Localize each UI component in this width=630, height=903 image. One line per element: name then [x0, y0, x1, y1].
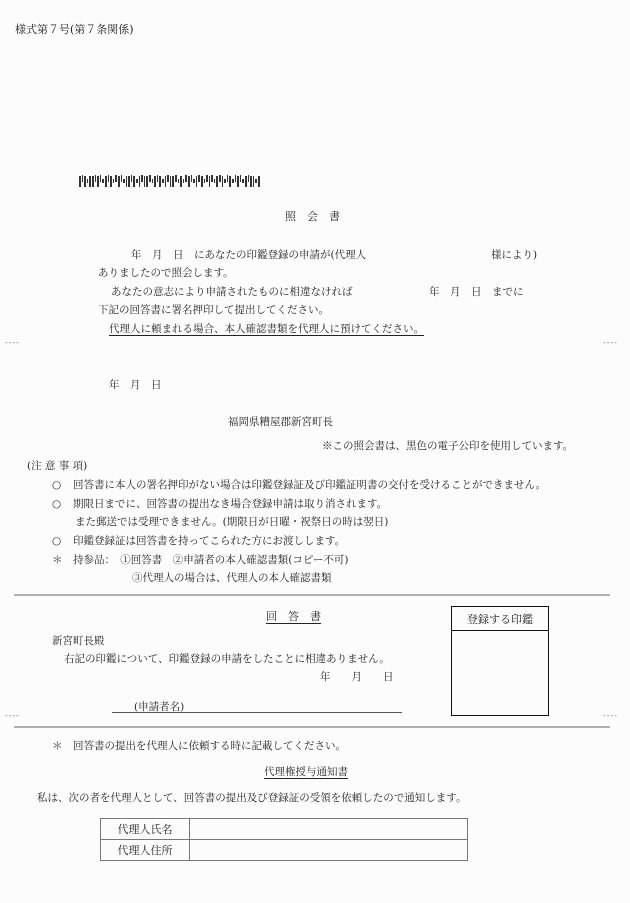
reply-title: 回 答 書 — [266, 611, 321, 622]
barcode-bar — [216, 176, 218, 187]
note-item: 印鑑登録証は回答書を持ってこられた方にお渡しします。 — [73, 536, 345, 547]
barcode-bar — [229, 176, 231, 187]
barcode-bar — [126, 176, 128, 187]
barcode-bar — [162, 179, 164, 183]
barcode-bar — [108, 175, 110, 182]
barcode-bar — [227, 175, 229, 182]
seal-box-label: 登録する印鑑 — [452, 607, 548, 631]
inquiry-line1-suffix: 様により) — [491, 250, 537, 261]
note-bullet: ○ — [52, 499, 61, 510]
barcode-bar — [97, 176, 99, 187]
barcode-bar — [188, 176, 190, 187]
notes-heading: (注 意 事 項) — [27, 461, 87, 472]
note-item: 持参品： ①回答書 ②申請者の本人確認書類(コピー不可) — [73, 555, 349, 566]
applicant-name-label: (申請者名) — [134, 702, 184, 713]
barcode-bar — [258, 176, 260, 187]
barcode-bar — [214, 179, 216, 183]
barcode-bar — [100, 175, 102, 182]
barcode-bar — [167, 175, 169, 182]
applicant-signature-line[interactable] — [112, 712, 402, 713]
barcode-bar — [242, 179, 244, 183]
proxy-name-field[interactable] — [190, 819, 468, 840]
proxy-address-field[interactable] — [190, 840, 468, 861]
barcode-bar — [245, 176, 247, 187]
note-bullet: ＊ — [52, 555, 63, 566]
barcode-bar — [139, 176, 141, 187]
barcode-bar — [237, 176, 239, 187]
reply-date: 年 月 日 — [320, 672, 394, 683]
barcode-bar — [198, 175, 200, 182]
barcode-bar — [133, 176, 135, 187]
table-row: 代理人氏名 — [101, 819, 468, 840]
barcode-bar — [219, 175, 221, 182]
barcode-bar — [110, 176, 112, 187]
barcode-bar — [206, 175, 208, 182]
proxy-table: 代理人氏名 代理人住所 — [100, 818, 468, 861]
barcode-bar — [128, 176, 130, 187]
section-divider — [14, 594, 610, 596]
inquiry-line3: あなたの意志により申請されたものに相違なければ — [111, 287, 353, 298]
barcode-bar — [149, 175, 151, 182]
barcode-bar — [178, 179, 180, 183]
barcode-bar — [115, 175, 117, 182]
barcode-bar — [204, 179, 206, 183]
reply-addressee: 新宮町長殿 — [52, 636, 105, 647]
deadline-date: 年 月 日 までに — [429, 287, 524, 298]
barcode-bar — [196, 176, 198, 187]
issue-date: 年 月 日 — [109, 380, 162, 391]
cut-mark-left-2: ---- — [5, 711, 20, 720]
seal-box[interactable]: 登録する印鑑 — [451, 606, 549, 716]
note-item: 期限日までに、回答書の提出なき場合登録申請は取り消されます。 — [73, 499, 387, 510]
barcode-bar — [185, 175, 187, 182]
barcode-bar — [201, 176, 203, 187]
barcode-bar — [123, 179, 125, 183]
barcode-bar — [144, 176, 146, 187]
proxy-address-label: 代理人住所 — [101, 840, 190, 861]
form-number: 様式第７号(第７条関係) — [15, 24, 134, 35]
note-bullet: ○ — [52, 536, 61, 547]
barcode-bar — [79, 176, 81, 187]
proxy-instruction: 代理人に頼まれる場合、本人確認書類を代理人に預けてください。 — [109, 324, 424, 335]
barcode-bar — [209, 176, 211, 187]
barcode-bar — [113, 179, 115, 183]
inquiry-line2: ありましたので照会します。 — [98, 268, 234, 279]
barcode-bar — [191, 175, 193, 182]
barcode-bar — [250, 176, 252, 187]
barcode-bar — [240, 175, 242, 182]
proxy-note-bullet: ＊ — [52, 741, 63, 752]
barcode-bar — [165, 176, 167, 187]
barcode-bar — [89, 176, 91, 187]
section-divider — [14, 726, 610, 728]
barcode-bar — [248, 175, 250, 182]
inquiry-title: 照 会 書 — [285, 211, 340, 222]
barcode-bar — [121, 175, 123, 182]
proxy-statement: 私は、次の者を代理人として、回答書の提出及び登録証の受領を依頼したので通知します… — [37, 793, 466, 804]
customer-barcode — [79, 175, 260, 187]
proxy-name-label: 代理人氏名 — [101, 819, 190, 840]
note-item: 回答書に本人の署名押印がない場合は印鑑登録証及び印鑑証明書の交付を受けることがで… — [73, 480, 546, 491]
cut-mark-right-2: ---- — [603, 711, 618, 720]
inquiry-line4: 下記の回答書に署名押印して提出してください。 — [98, 305, 329, 316]
barcode-bar — [193, 179, 195, 183]
barcode-bar — [211, 175, 213, 182]
barcode-bar — [159, 176, 161, 187]
barcode-bar — [222, 176, 224, 187]
barcode-bar — [82, 175, 84, 182]
barcode-bar — [95, 175, 97, 182]
barcode-bar — [141, 175, 143, 182]
barcode-bar — [84, 176, 86, 187]
cut-mark-right-1: ---- — [603, 338, 618, 347]
barcode-bar — [253, 176, 255, 187]
barcode-bar — [92, 176, 94, 187]
barcode-bar — [152, 179, 154, 183]
barcode-bar — [87, 179, 89, 183]
note-bullet: ○ — [52, 480, 61, 491]
barcode-bar — [157, 175, 159, 182]
barcode-bar — [136, 179, 138, 183]
barcode-bar — [224, 179, 226, 183]
cut-mark-left-1: ---- — [5, 338, 20, 347]
inquiry-line1: 年 月 日 にあなたの印鑑登録の申請が(代理人 — [131, 250, 366, 261]
reply-statement: 右記の印鑑について、印鑑登録の申請をしたことに相違ありません。 — [64, 654, 390, 665]
barcode-bar — [255, 179, 257, 183]
proxy-note: 回答書の提出を代理人に依頼する時に記載してください。 — [73, 741, 346, 752]
barcode-bar — [183, 179, 185, 183]
barcode-bar — [175, 175, 177, 182]
proxy-title: 代理権授与通知書 — [264, 767, 348, 778]
barcode-bar — [170, 176, 172, 187]
seal-note: ※この照会書は、黒色の電子公印を使用しています。 — [322, 441, 573, 452]
barcode-bar — [102, 179, 104, 183]
barcode-bar — [172, 176, 174, 187]
table-row: 代理人住所 — [101, 840, 468, 861]
barcode-bar — [154, 176, 156, 187]
barcode-bar — [131, 175, 133, 182]
note-item: ③代理人の場合は、代理人の本人確認書類 — [132, 573, 332, 584]
barcode-bar — [235, 175, 237, 182]
barcode-bar — [232, 179, 234, 183]
note-item: また郵送では受理できません。(期限日が日曜・祝祭日の時は翌日) — [75, 517, 388, 528]
barcode-bar — [146, 176, 148, 187]
barcode-bar — [180, 176, 182, 187]
issuer: 福岡県糟屋郡新宮町長 — [228, 417, 333, 428]
barcode-bar — [105, 176, 107, 187]
barcode-bar — [118, 176, 120, 187]
